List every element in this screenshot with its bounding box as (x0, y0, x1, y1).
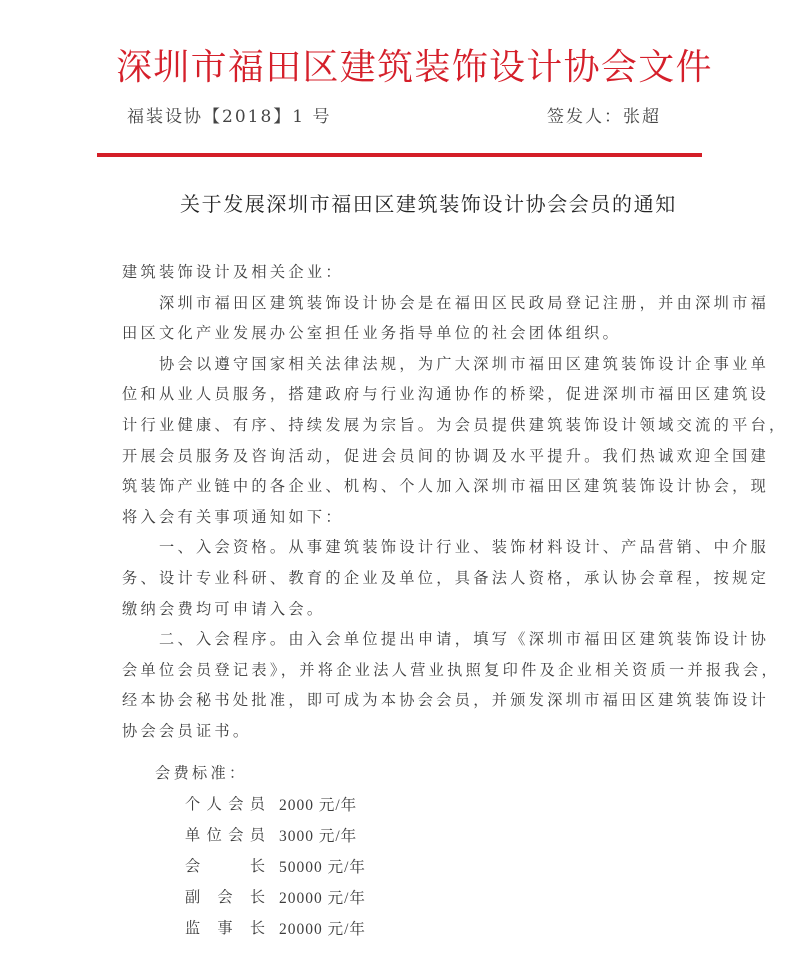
paragraph-2-line: 筑装饰产业链中的各企业、机构、个人加入深圳市福田区建筑装饰设计协会，现 (122, 471, 687, 502)
paragraph-1-line: 田区文化产业发展办公室担任业务指导单位的社会团体组织。 (122, 318, 687, 349)
fee-standard-heading: 会费标准： (155, 760, 247, 786)
section-2-line: 协会会员证书。 (122, 716, 687, 747)
paragraph-2-line: 位和从业人员服务，搭建政府与行业沟通协作的桥梁，促进深圳市福田区建筑设 (122, 379, 687, 410)
fee-label-char: 会 (217, 886, 232, 907)
paragraph-2-line: 开展会员服务及咨询活动，促进会员间的协调及水平提升。我们热诚欢迎全国建 (122, 441, 687, 472)
fee-label: 监 事 长 (185, 917, 265, 938)
fee-label-char: 员 (250, 824, 265, 845)
fee-label: 会 长 (185, 855, 265, 876)
fee-table: 个 人 会 员 2000 元/年 单 位 会 员 3000 元/年 会 长 50… (185, 788, 366, 943)
fee-label: 副 会 长 (185, 886, 265, 907)
fee-label-char: 会 (228, 793, 243, 814)
red-header-rule (97, 153, 702, 157)
fee-label-char: 长 (250, 855, 265, 876)
fee-row-president: 会 长 50000 元/年 (185, 850, 366, 881)
section-1-line: 务、设计专业科研、教育的企业及单位，具备法人资格，承认协会章程，按规定 (122, 563, 687, 594)
fee-value: 50000 元/年 (279, 855, 366, 877)
document-number: 福装设协【2018】1 号 (127, 104, 331, 130)
section-2-line: 会单位会员登记表》，并将企业法人营业执照复印件及企业相关资质一并报我会， (122, 655, 687, 686)
fee-label: 单 位 会 员 (185, 824, 265, 845)
fee-value: 20000 元/年 (279, 917, 366, 939)
fee-label-char: 会 (228, 824, 243, 845)
fee-label: 个 人 会 员 (185, 793, 265, 814)
document-signer: 签发人：张超 (547, 104, 661, 130)
fee-label-char: 人 (207, 793, 222, 814)
notice-title: 关于发展深圳市福田区建筑装饰设计协会会员的通知 (180, 190, 677, 218)
fee-row-vice-president: 副 会 长 20000 元/年 (185, 881, 366, 912)
fee-label-char: 长 (250, 886, 265, 907)
fee-label-char: 个 (185, 793, 200, 814)
fee-label-char: 监 (185, 917, 200, 938)
paragraph-2-line: 协会以遵守国家相关法律法规，为广大深圳市福田区建筑装饰设计企事业单 (122, 349, 687, 380)
fee-value: 20000 元/年 (279, 886, 366, 908)
fee-value: 3000 元/年 (279, 824, 357, 846)
salutation: 建筑装饰设计及相关企业： (122, 257, 687, 288)
fee-row-individual: 个 人 会 员 2000 元/年 (185, 788, 366, 819)
section-2-line: 二、入会程序。由入会单位提出申请，填写《深圳市福田区建筑装饰设计协 (122, 624, 687, 655)
fee-label-char: 员 (250, 793, 265, 814)
paragraph-2-line: 将入会有关事项通知如下： (122, 502, 687, 533)
fee-row-supervisor: 监 事 长 20000 元/年 (185, 912, 366, 943)
section-1-line: 一、入会资格。从事建筑装饰设计行业、装饰材料设计、产品营销、中介服 (122, 532, 687, 563)
notice-body: 建筑装饰设计及相关企业： 深圳市福田区建筑装饰设计协会是在福田区民政局登记注册，… (122, 257, 687, 747)
fee-label-char: 位 (207, 824, 222, 845)
section-1-line: 缴纳会费均可申请入会。 (122, 594, 687, 625)
fee-value: 2000 元/年 (279, 793, 357, 815)
fee-row-organization: 单 位 会 员 3000 元/年 (185, 819, 366, 850)
fee-label-char: 副 (185, 886, 200, 907)
section-2-line: 经本协会秘书处批准，即可成为本协会会员，并颁发深圳市福田区建筑装饰设计 (122, 685, 687, 716)
fee-label-char: 会 (185, 855, 200, 876)
paragraph-2-line: 计行业健康、有序、持续发展为宗旨。为会员提供建筑装饰设计领域交流的平台， (122, 410, 687, 441)
document-title: 深圳市福田区建筑装饰设计协会文件 (116, 44, 713, 92)
paragraph-1-line: 深圳市福田区建筑装饰设计协会是在福田区民政局登记注册，并由深圳市福 (122, 288, 687, 319)
fee-label-char: 长 (250, 917, 265, 938)
fee-label-char: 事 (217, 917, 232, 938)
fee-label-char: 单 (185, 824, 200, 845)
